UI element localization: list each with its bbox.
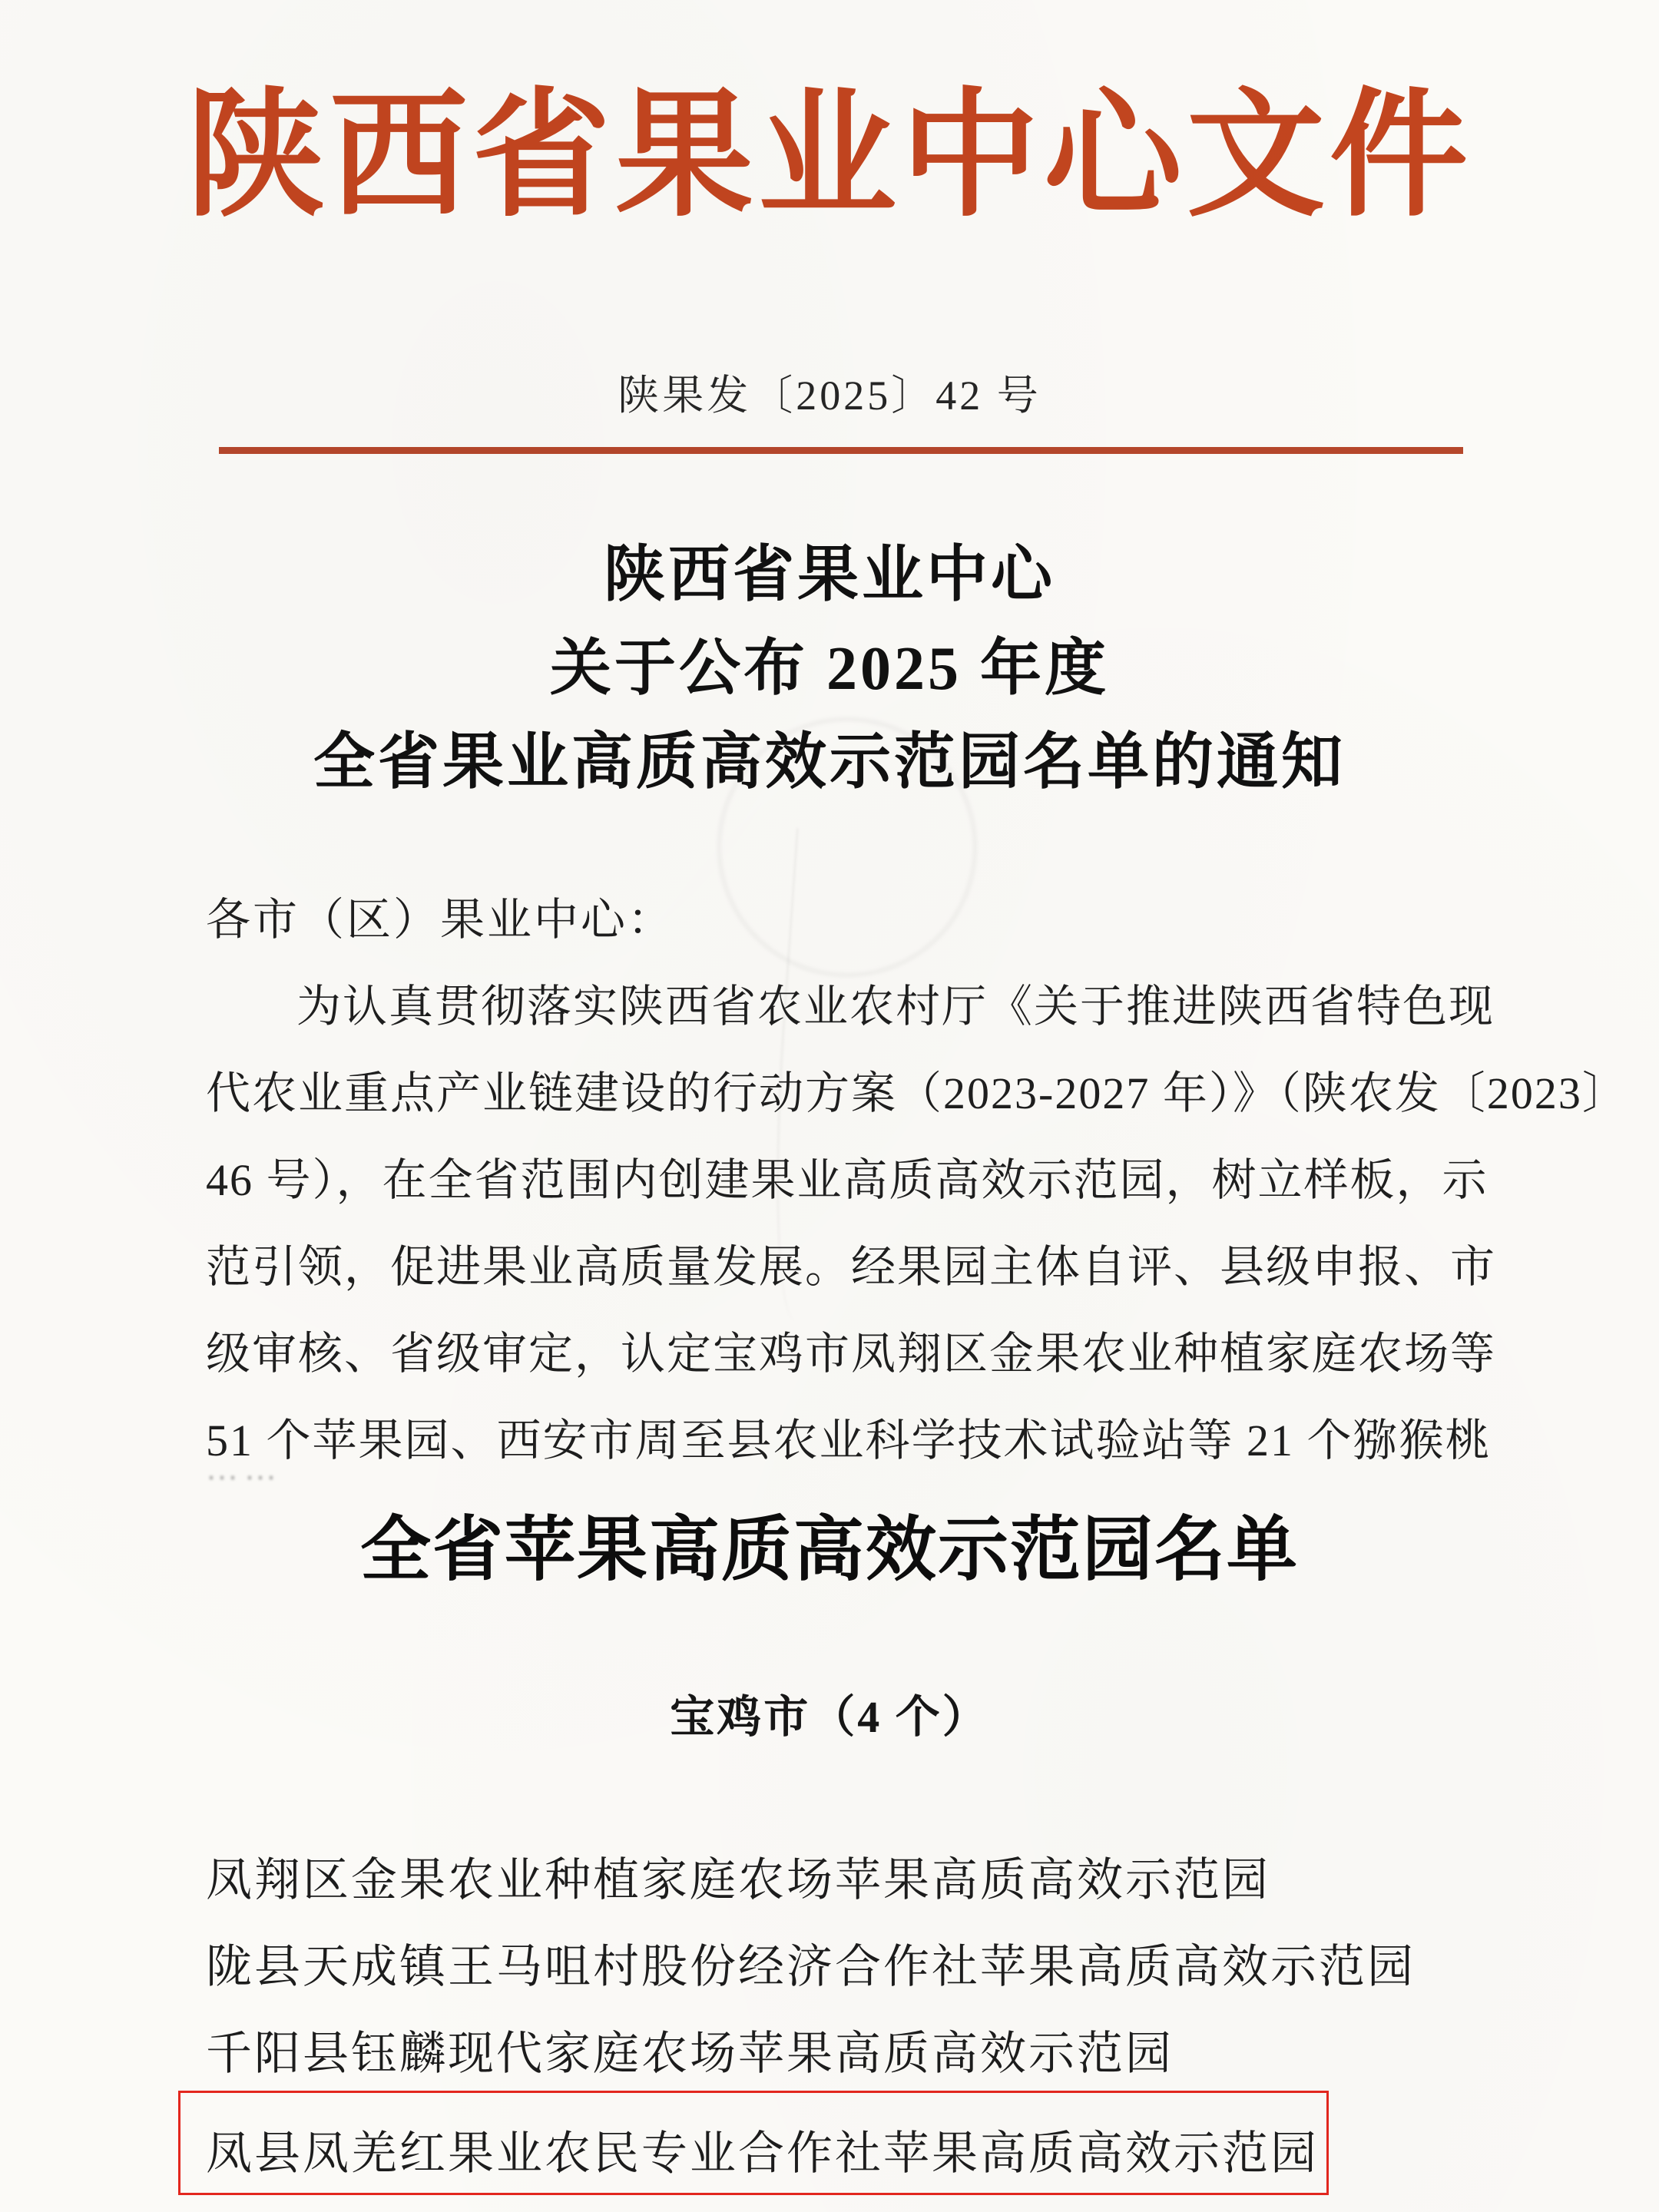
- body-line-3: 46 号），在全省范围内创建果业高质高效示范园，树立样板，示: [206, 1144, 1458, 1208]
- document-header-title: 陕西省果业中心文件: [0, 45, 1659, 243]
- truncated-text-artifact: ⋯⋯: [206, 1458, 283, 1496]
- document-page: 陕西省果业中心文件 陕果发〔2025〕42 号 陕西省果业中心 关于公布 202…: [0, 0, 1659, 2212]
- body-line-5: 级审核、省级审定，认定宝鸡市凤翔区金果农业种植家庭农场等: [206, 1317, 1458, 1382]
- baoji-city-heading: 宝鸡市（4 个）: [0, 1681, 1659, 1745]
- apple-list-section-heading: 全省苹果高质高效示范园名单: [0, 1493, 1659, 1594]
- notice-title-line-1: 陕西省果业中心: [0, 528, 1659, 622]
- document-number: 陕果发〔2025〕42 号: [0, 363, 1659, 422]
- body-line-6: 51 个苹果园、西安市周至县农业科学技术试验站等 21 个猕猴桃: [206, 1404, 1458, 1469]
- body-line-1: 为认真贯彻落实陕西省农业农村厅《关于推进陕西省特色现: [206, 970, 1458, 1035]
- notice-title-line-3: 全省果业高质高效示范园名单的通知: [0, 716, 1659, 810]
- body-line-4: 范引领，促进果业高质量发展。经果园主体自评、县级申报、市: [206, 1230, 1458, 1295]
- list-item-longxian: 陇县天成镇王马咀村股份经济合作社苹果高质高效示范园: [206, 1930, 1416, 1996]
- list-item-qianyang: 千阳县钰麟现代家庭农场苹果高质高效示范园: [206, 2017, 1174, 2083]
- notice-title-block: 陕西省果业中心 关于公布 2025 年度 全省果业高质高效示范园名单的通知: [0, 528, 1659, 810]
- notice-title-line-2: 关于公布 2025 年度: [0, 622, 1659, 716]
- red-divider-rule: [219, 447, 1463, 454]
- list-item-fengxiang: 凤翔区金果农业种植家庭农场苹果高质高效示范园: [206, 1843, 1270, 1909]
- body-line-2: 代农业重点产业链建设的行动方案（2023-2027 年）》（陕农发〔2023〕: [206, 1057, 1458, 1121]
- salutation-line: 各市（区）果业中心：: [206, 883, 674, 948]
- list-item-fengxian-highlighted: 凤县凤羌红果业农民专业合作社苹果高质高效示范园: [206, 2117, 1319, 2183]
